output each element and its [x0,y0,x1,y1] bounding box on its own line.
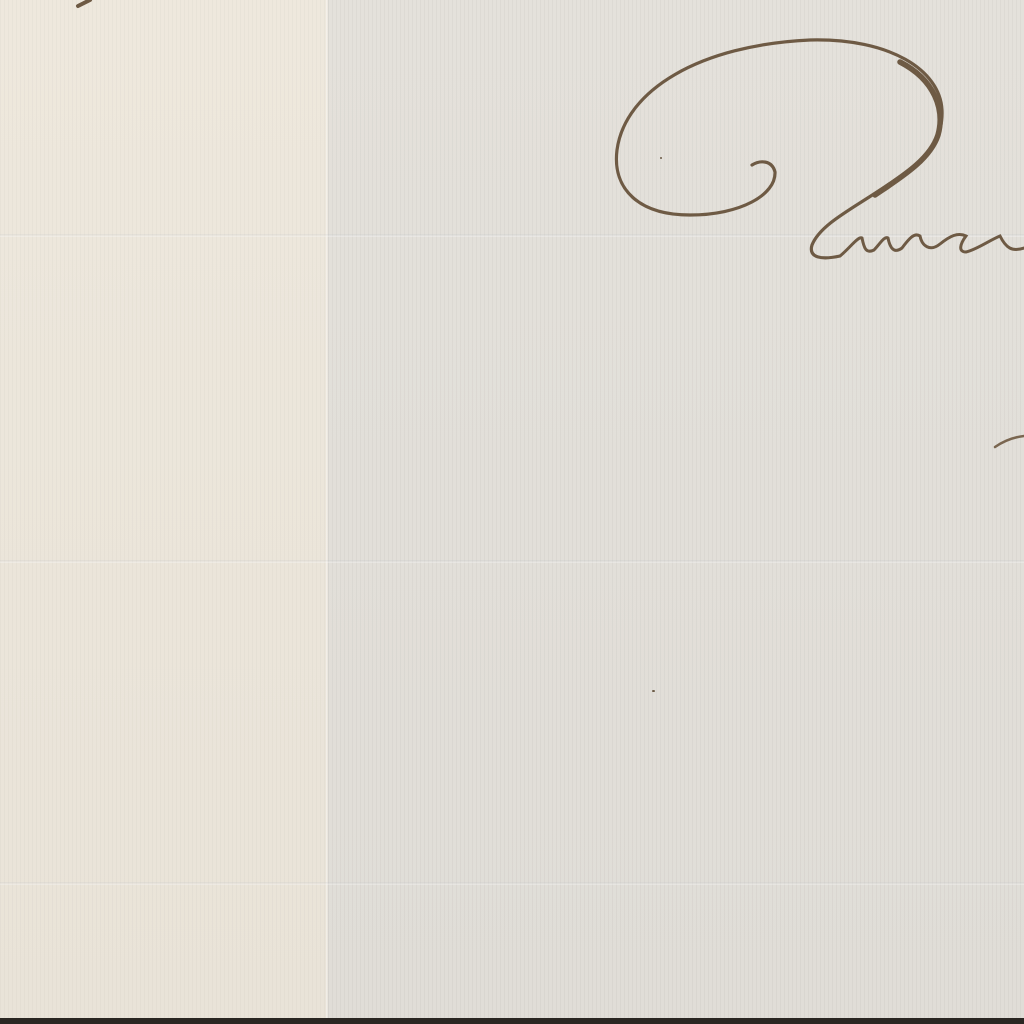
scan-bottom-edge [0,1018,1024,1024]
handwriting-ink [0,0,1024,1024]
ink-speck [652,690,655,692]
ink-speck [660,157,662,159]
document-scan: Q uva [0,0,1024,1024]
